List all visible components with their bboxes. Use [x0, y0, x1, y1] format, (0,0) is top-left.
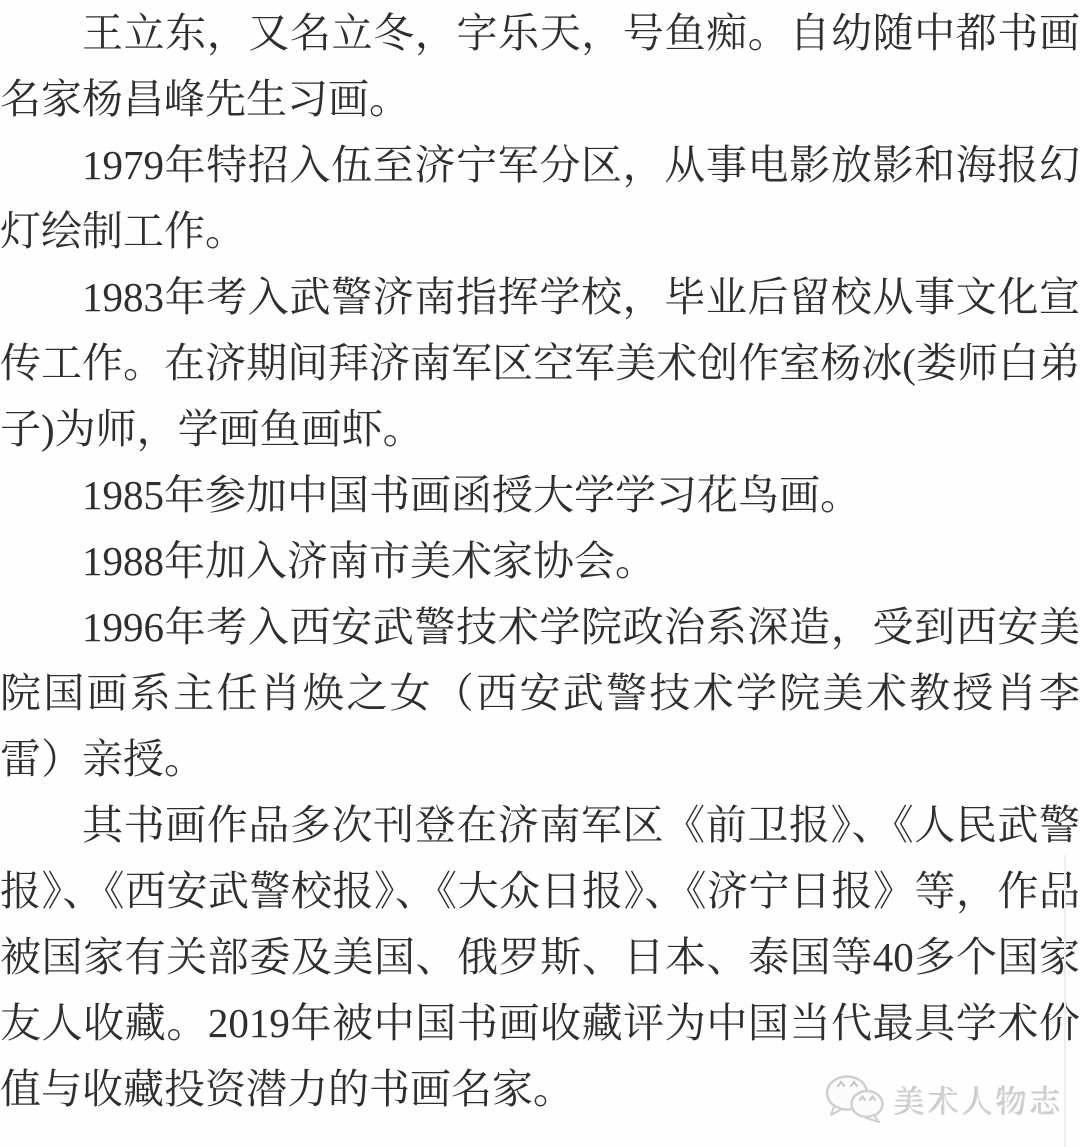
biography-text: 王立东，又名立冬，字乐天，号鱼痴。自幼随中都书画名家杨昌峰先生习画。 1979年… [0, 0, 1080, 1122]
paragraph-1996: 1996年考入西安武警技术学院政治系深造，受到西安美院国画系主任肖焕之女（西安武… [0, 594, 1080, 792]
article-page: 王立东，又名立冬，字乐天，号鱼痴。自幼随中都书画名家杨昌峰先生习画。 1979年… [0, 0, 1080, 1147]
paragraph-1988: 1988年加入济南市美术家协会。 [0, 528, 1080, 594]
wechat-icon [824, 1073, 886, 1125]
scan-edge-artifact [1064, 855, 1066, 1147]
paragraph-1985: 1985年参加中国书画函授大学学习花鸟画。 [0, 462, 1080, 528]
paragraph-1983: 1983年考入武警济南指挥学校，毕业后留校从事文化宣传工作。在济期间拜济南军区空… [0, 264, 1080, 462]
watermark-label: 美术人物志 [894, 1077, 1064, 1122]
watermark: 美术人物志 [824, 1073, 1064, 1125]
paragraph-intro: 王立东，又名立冬，字乐天，号鱼痴。自幼随中都书画名家杨昌峰先生习画。 [0, 0, 1080, 132]
paragraph-1979: 1979年特招入伍至济宁军分区，从事电影放影和海报幻灯绘制工作。 [0, 132, 1080, 264]
